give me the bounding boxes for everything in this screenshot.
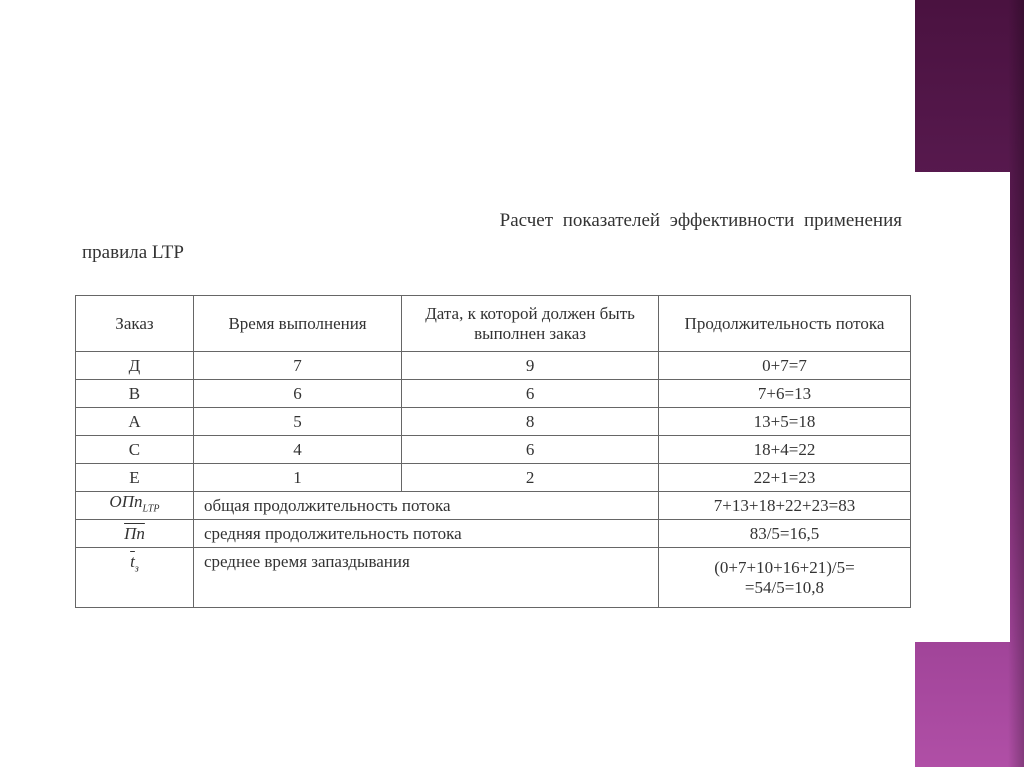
label-total-flow: общая продолжительность потока xyxy=(193,492,658,520)
cell-order: Д xyxy=(76,352,194,380)
header-due: Дата, к которой должен быть выполнен зак… xyxy=(402,296,659,352)
cell-flow: 7+6=13 xyxy=(658,380,910,408)
cell-due: 9 xyxy=(402,352,659,380)
cell-order: B xyxy=(76,380,194,408)
table-row: C 4 6 18+4=22 xyxy=(76,436,911,464)
summary-row-avg-delay: tз среднее время запаздывания (0+7+10+16… xyxy=(76,548,911,608)
symbol-avg-flow: Пn xyxy=(76,520,194,548)
cell-flow: 22+1=23 xyxy=(658,464,910,492)
cell-due: 2 xyxy=(402,464,659,492)
header-row: Заказ Время выполнения Дата, к которой д… xyxy=(76,296,911,352)
table-row: E 1 2 22+1=23 xyxy=(76,464,911,492)
value-avg-flow: 83/5=16,5 xyxy=(658,520,910,548)
cell-time: 4 xyxy=(193,436,401,464)
symbol-avg-delay: tз xyxy=(76,548,194,608)
label-avg-delay: среднее время запаздывания xyxy=(193,548,658,608)
slide-title: Расчет показателей эффективности примене… xyxy=(82,205,902,269)
value-avg-delay: (0+7+10+16+21)/5==54/5=10,8 xyxy=(658,548,910,608)
cell-flow: 18+4=22 xyxy=(658,436,910,464)
header-order: Заказ xyxy=(76,296,194,352)
summary-row-total-flow: ОПnLTP общая продолжительность потока 7+… xyxy=(76,492,911,520)
table-row: A 5 8 13+5=18 xyxy=(76,408,911,436)
cell-order: A xyxy=(76,408,194,436)
symbol-total-flow: ОПnLTP xyxy=(76,492,194,520)
cell-time: 5 xyxy=(193,408,401,436)
table-row: Д 7 9 0+7=7 xyxy=(76,352,911,380)
band-shadow xyxy=(1008,0,1024,767)
table-row: B 6 6 7+6=13 xyxy=(76,380,911,408)
title-line-1: Расчет показателей эффективности примене… xyxy=(82,205,902,237)
cell-due: 6 xyxy=(402,380,659,408)
ltp-table: Заказ Время выполнения Дата, к которой д… xyxy=(75,295,911,608)
cell-flow: 13+5=18 xyxy=(658,408,910,436)
header-time: Время выполнения xyxy=(193,296,401,352)
header-flow: Продолжительность потока xyxy=(658,296,910,352)
cell-order: C xyxy=(76,436,194,464)
cell-due: 6 xyxy=(402,436,659,464)
summary-row-avg-flow: Пn средняя продолжительность потока 83/5… xyxy=(76,520,911,548)
cell-due: 8 xyxy=(402,408,659,436)
cell-time: 7 xyxy=(193,352,401,380)
cell-time: 1 xyxy=(193,464,401,492)
cell-flow: 0+7=7 xyxy=(658,352,910,380)
cell-order: E xyxy=(76,464,194,492)
label-avg-flow: средняя продолжительность потока xyxy=(193,520,658,548)
title-line-2: правила LTP xyxy=(82,237,902,269)
cell-time: 6 xyxy=(193,380,401,408)
value-total-flow: 7+13+18+22+23=83 xyxy=(658,492,910,520)
